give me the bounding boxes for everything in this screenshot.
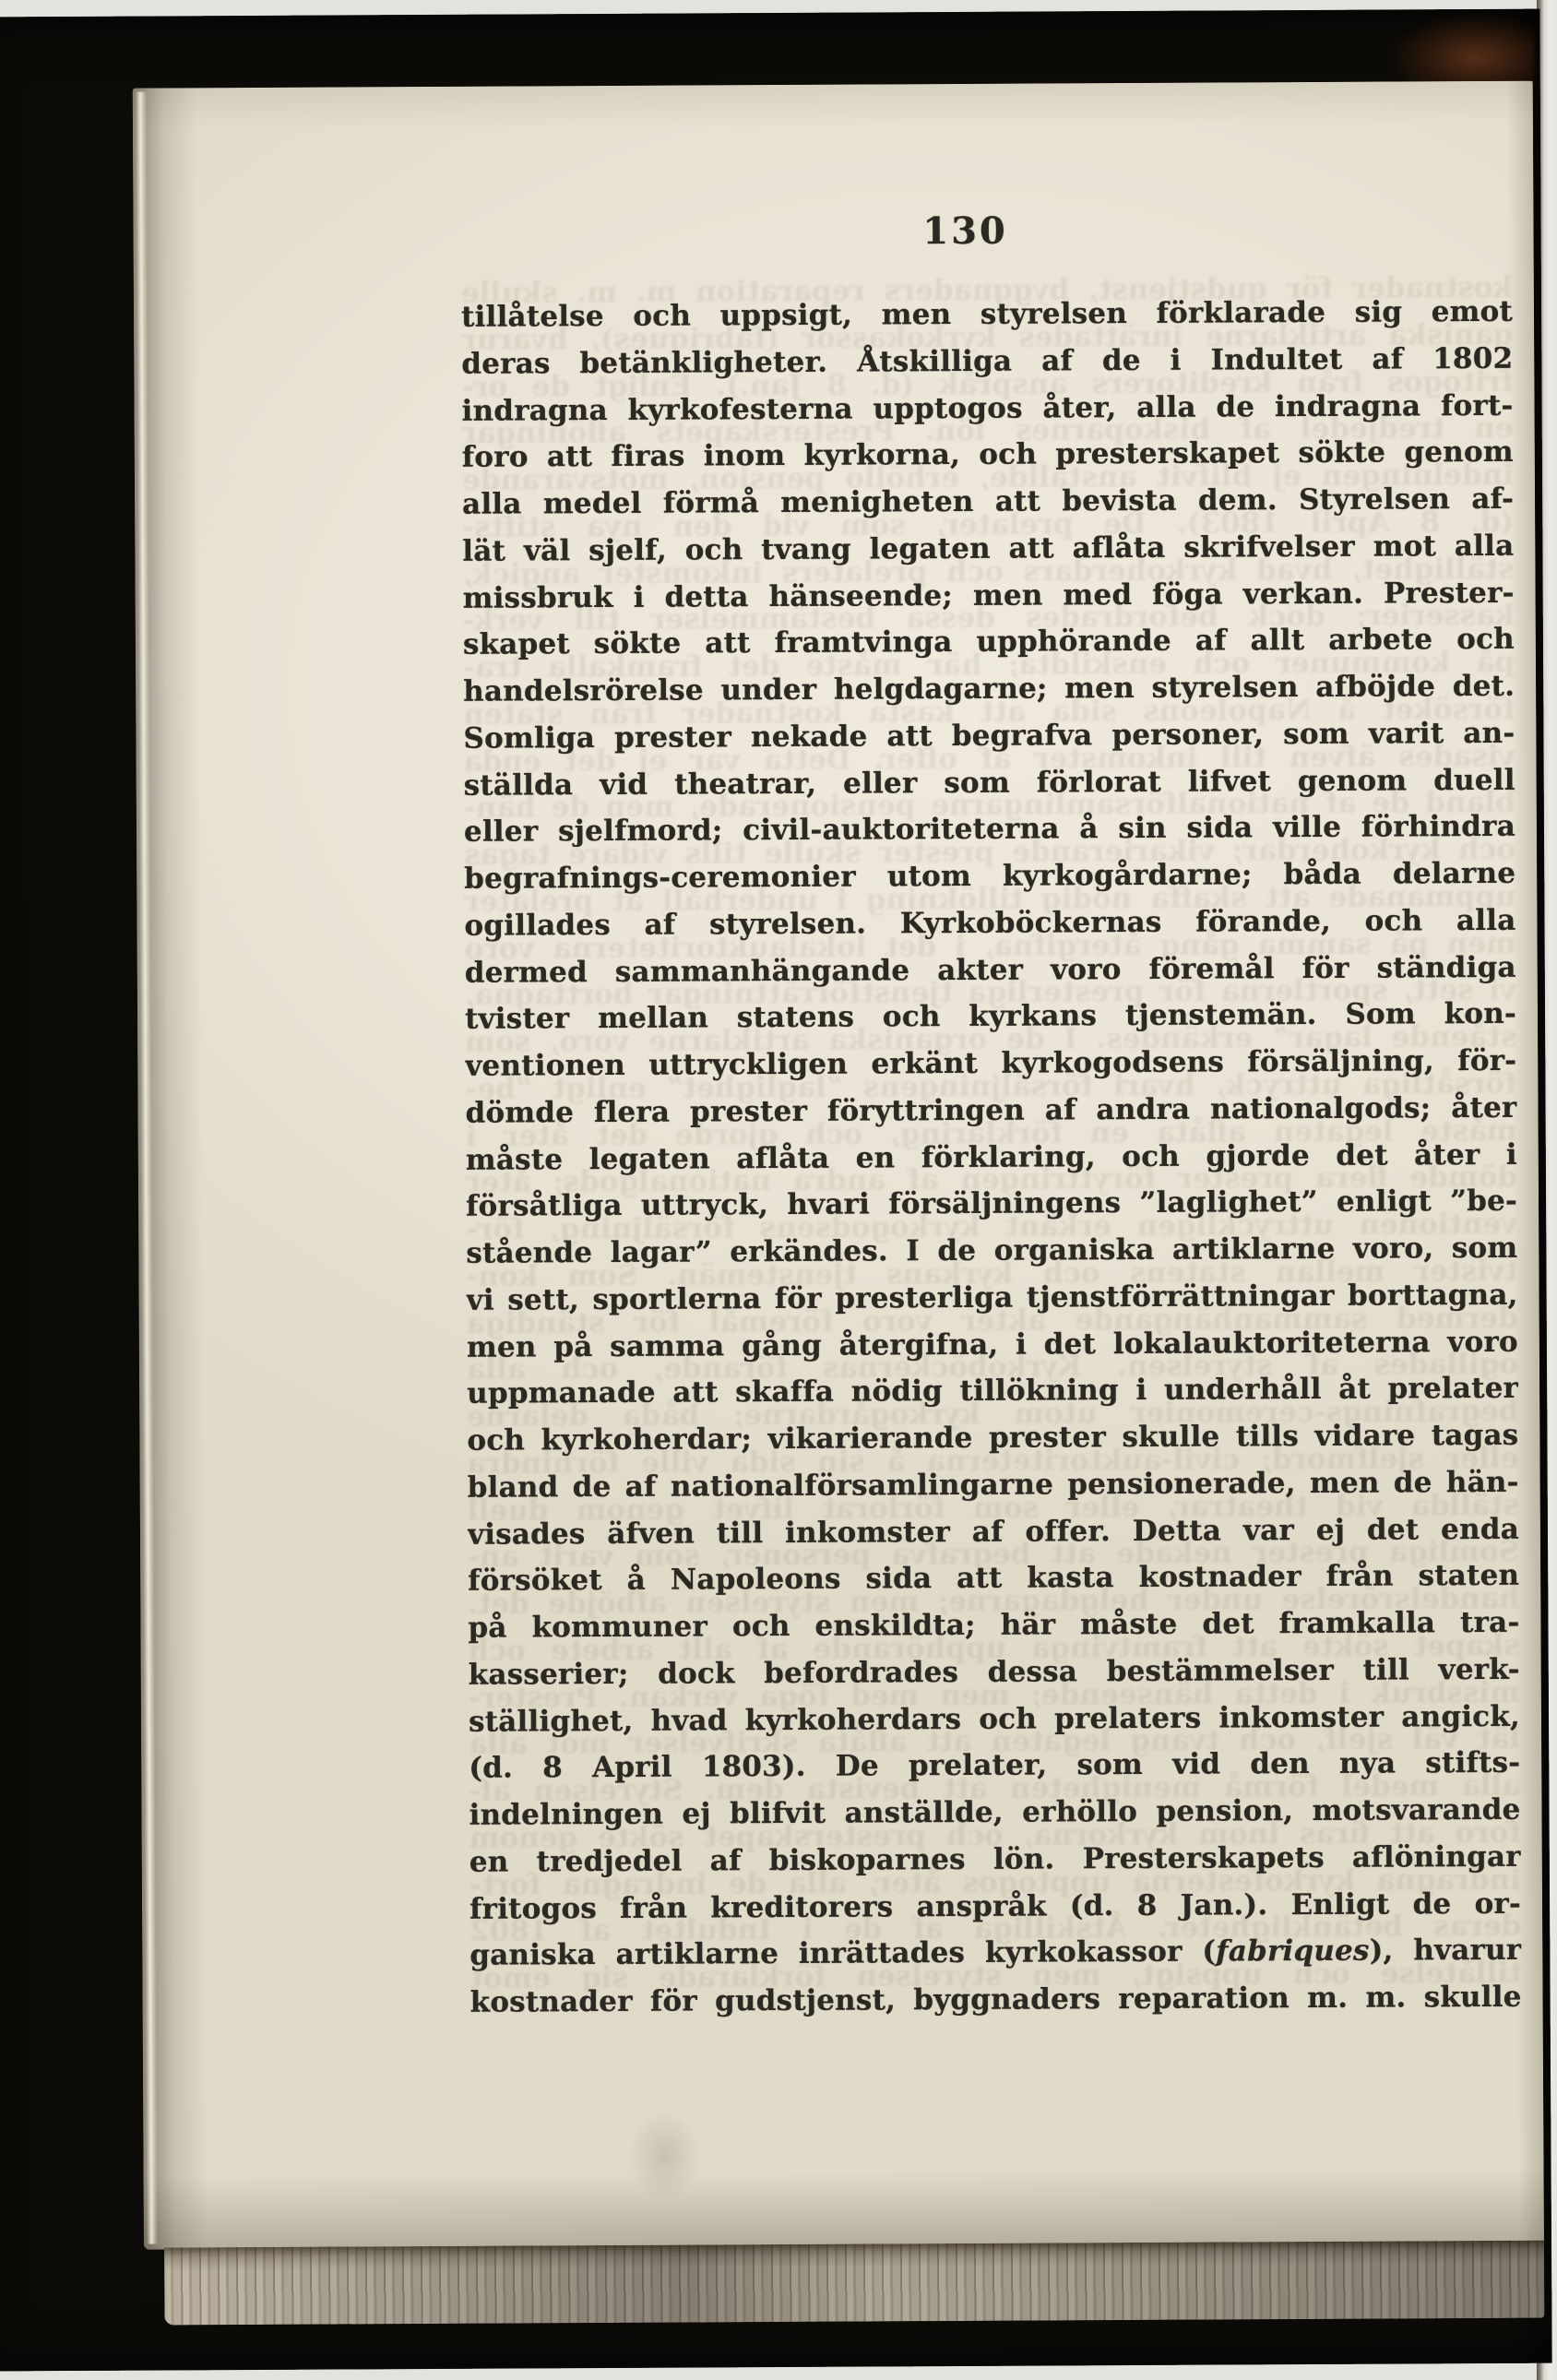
page-number: 130 (460, 207, 1512, 256)
text-line: stående lagar” erkändes. I de organiska … (466, 1225, 1517, 1278)
text-line: dömde flera prester föryttringen af andr… (465, 1085, 1516, 1137)
text-line: ganiska artiklarne inrättades kyrkokasso… (469, 1927, 1521, 1980)
text-line: (d. 8 April 1803). De prelater, som vid … (469, 1740, 1520, 1792)
text-line: kostnader för gudstjenst, byggnaders rep… (469, 1974, 1521, 2027)
text-line: deras betänkligheter. Åtskilliga af de i… (461, 336, 1513, 388)
text-line: ogillades af styrelsen. Kyrkoböckernas f… (464, 898, 1515, 950)
text-line: ställighet, hvad kyrkoherdars och prelat… (469, 1693, 1520, 1745)
text-line: vi sett, sportlerna för presterliga tjen… (466, 1272, 1517, 1325)
scanned-book: kostnader för gudstjenst, byggnaders rep… (0, 0, 1557, 2380)
paper-stain (627, 2110, 702, 2202)
book-page: kostnader för gudstjenst, byggnaders rep… (133, 81, 1544, 2250)
text-line: dermed sammanhängande akter voro föremål… (465, 944, 1516, 996)
text-line: skapet sökte att framtvinga upphörande a… (463, 616, 1515, 669)
text-line: fritogos från kreditorers anspråk (d. 8 … (469, 1880, 1521, 1933)
text-line: indragna kyrkofesterna upptogos åter, al… (461, 382, 1513, 434)
text-line: ställda vid theatrar, eller som förlorat… (464, 756, 1515, 809)
text-line: tvister mellan statens och kyrkans tjens… (465, 991, 1516, 1043)
text-line: eller sjelfmord; civil-auktoriteterna å … (464, 803, 1515, 856)
text-line: visades äfven till inkomster af offer. D… (468, 1505, 1519, 1558)
text-line: lät väl sjelf, och tvang legaten att afl… (462, 523, 1514, 576)
text-line: begrafnings-ceremonier utom kyrkogårdarn… (464, 851, 1515, 903)
text-line: tillåtelse och uppsigt, men styrelsen fö… (461, 289, 1513, 341)
text-line: uppmanade att skaffa nödig tillökning i … (467, 1365, 1518, 1418)
text-line: på kommuner och enskildta; här måste det… (468, 1600, 1519, 1652)
text-line: men på samma gång återgifna, i det lokal… (467, 1318, 1518, 1371)
text-line: foro att firas inom kyrkorna, och preste… (462, 429, 1514, 482)
text-line: handelsrörelse under helgdagarne; men st… (463, 663, 1515, 716)
text-line: kasserier; dock befordrades dessa bestäm… (469, 1647, 1520, 1699)
text-line: alla medel förmå menigheten att bevista … (462, 476, 1514, 529)
text-line: försöket å Napoleons sida att kasta kost… (468, 1553, 1519, 1605)
text-line: missbruk i detta hänseende; men med föga… (463, 569, 1515, 622)
text-line: och kyrkoherdar; vikarierande prester sk… (467, 1412, 1518, 1465)
text-line: indelningen ej blifvit anställde, erhöll… (469, 1787, 1520, 1839)
book-fore-edge (164, 2241, 1544, 2326)
text-line: en tredjedel af biskoparnes lön. Prester… (469, 1834, 1521, 1886)
text-line: ventionen uttryckligen erkänt kyrkogodse… (465, 1038, 1516, 1090)
text-line: försåtliga uttryck, hvari försäljningens… (466, 1178, 1517, 1231)
text-line: måste legaten aflåta en förklaring, och … (466, 1131, 1517, 1184)
text-line: Somliga prester nekade att begrafva pers… (463, 710, 1515, 763)
body-text: tillåtelse och uppsigt, men styrelsen fö… (461, 289, 1522, 2027)
text-line: bland de af nationalförsamlingarne pensi… (468, 1459, 1519, 1512)
